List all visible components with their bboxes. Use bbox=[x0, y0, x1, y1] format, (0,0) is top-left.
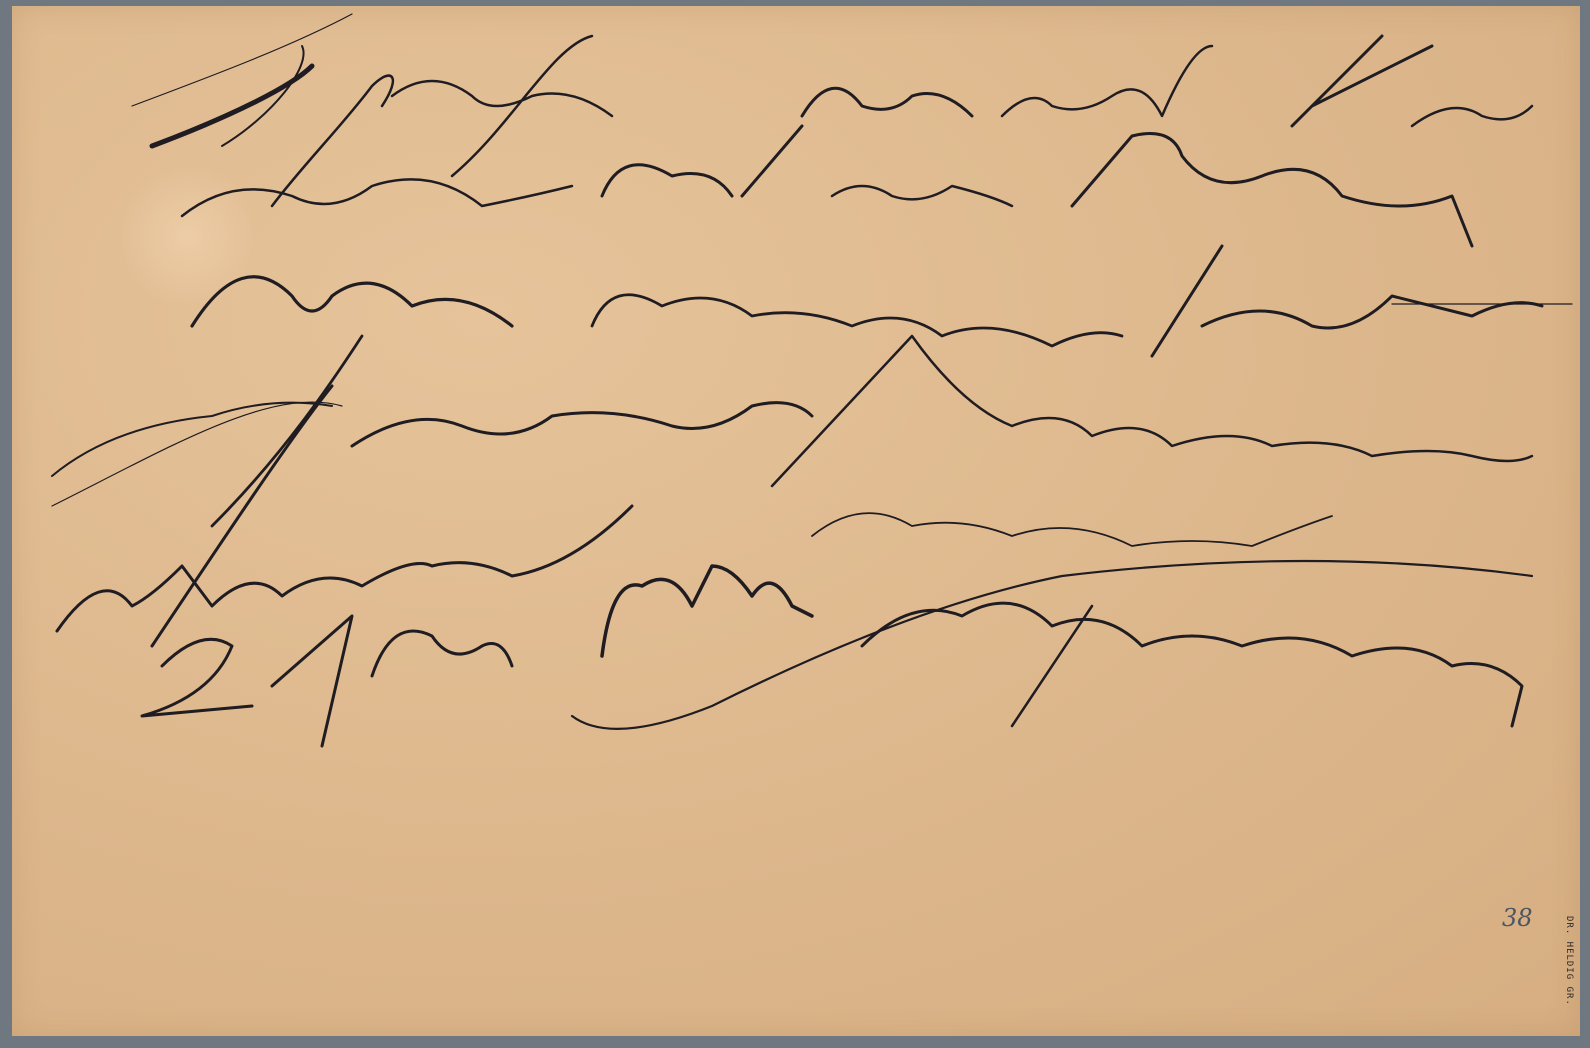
postcard: Ich ersuche Sie das von Flota erhaltene … bbox=[12, 6, 1580, 1036]
pencil-note: 38 bbox=[1502, 904, 1533, 932]
printer-mark: DR. HELDIG GR. bbox=[1564, 916, 1574, 1006]
handwriting-strokes bbox=[12, 6, 1580, 1036]
